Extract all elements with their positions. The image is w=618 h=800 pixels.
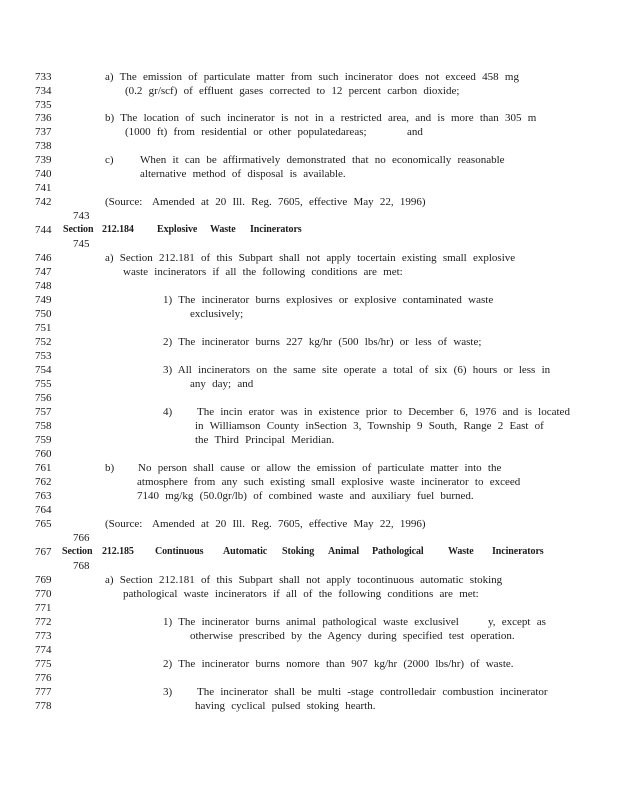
line-number: 773 [35, 629, 52, 643]
section-heading-word: Animal [328, 545, 359, 559]
section-heading-word: Stoking [282, 545, 314, 559]
line-number: 756 [35, 391, 52, 405]
section-heading-word: Explosive [157, 223, 197, 237]
line-number: 774 [35, 643, 52, 657]
section-heading-word: Section [62, 545, 92, 559]
line-number: 770 [35, 587, 52, 601]
document-line: 748 [0, 279, 618, 293]
document-line: 760 [0, 447, 618, 461]
line-number: 775 [35, 657, 52, 671]
document-line: 766 [0, 531, 618, 545]
document-line: 759the Third Principal Meridian. [0, 433, 618, 447]
line-number: 742 [35, 195, 52, 209]
line-number: 743 [73, 209, 90, 223]
text-segment: 3) All incinerators on the same site ope… [163, 363, 550, 377]
text-segment: a) Section 212.181 of this Subpart shall… [105, 251, 515, 265]
document-line: 764 [0, 503, 618, 517]
document-line: 739c)When it can be affirmatively demons… [0, 153, 618, 167]
line-number: 764 [35, 503, 52, 517]
document-line: 742(Source:Amended at 20 Ill. Reg. 7605,… [0, 195, 618, 209]
section-heading-word: Waste [448, 545, 474, 559]
document-line: 773otherwise prescribed by the Agency du… [0, 629, 618, 643]
line-number: 767 [35, 545, 52, 559]
text-segment: Amended at 20 Ill. Reg. 7605, effective … [152, 195, 426, 209]
text-segment: 3) [163, 685, 172, 699]
text-segment: No person shall cause or allow the emiss… [138, 461, 501, 475]
line-number: 758 [35, 419, 52, 433]
document-line: 768 [0, 559, 618, 573]
line-number: 757 [35, 405, 52, 419]
document-line: 762atmosphere from any such existing sma… [0, 475, 618, 489]
document-line: 740alternative method of disposal is ava… [0, 167, 618, 181]
line-number: 747 [35, 265, 52, 279]
text-segment: The incinerator shall be multi -stage co… [197, 685, 548, 699]
line-number: 772 [35, 615, 52, 629]
text-segment: b) The location of such incinerator is n… [105, 111, 536, 125]
text-segment: 2) The incinerator burns nomore than 907… [163, 657, 514, 671]
section-heading-word: Incinerators [250, 223, 302, 237]
text-segment: having cyclical pulsed stoking hearth. [195, 699, 375, 713]
line-number: 737 [35, 125, 52, 139]
document-line: 735 [0, 98, 618, 112]
document-line: 753 [0, 349, 618, 363]
line-number: 759 [35, 433, 52, 447]
document-line: 744Section212.184ExplosiveWasteIncinerat… [0, 223, 618, 237]
line-number: 753 [35, 349, 52, 363]
text-segment: 2) The incinerator burns 227 kg/hr (500 … [163, 335, 481, 349]
line-number: 751 [35, 321, 52, 335]
section-heading-word: 212.185 [102, 545, 134, 559]
text-segment: the Third Principal Meridian. [195, 433, 334, 447]
document-line: 746a) Section 212.181 of this Subpart sh… [0, 251, 618, 265]
line-number: 754 [35, 363, 52, 377]
text-segment: alternative method of disposal is availa… [140, 167, 346, 181]
document-line: 7752) The incinerator burns nomore than … [0, 657, 618, 671]
text-segment: y, except as [488, 615, 546, 629]
document-line: 755any day; and [0, 377, 618, 391]
line-number: 765 [35, 517, 52, 531]
line-number: 771 [35, 601, 52, 615]
line-number: 735 [35, 98, 52, 112]
document-line: 770pathological waste incinerators if al… [0, 587, 618, 601]
text-segment: Amended at 20 Ill. Reg. 7605, effective … [152, 517, 426, 531]
text-segment: 1) The incinerator burns animal patholog… [163, 615, 459, 629]
document-line: 737(1000 ft) from residential or other p… [0, 125, 618, 139]
line-number: 734 [35, 84, 52, 98]
text-segment: (0.2 gr/scf) of effluent gases corrected… [125, 84, 459, 98]
document-line: 734(0.2 gr/scf) of effluent gases correc… [0, 84, 618, 98]
line-number: 745 [73, 237, 90, 251]
document-page: 733a) The emission of particulate matter… [0, 0, 618, 800]
section-heading-word: Automatic [223, 545, 267, 559]
text-segment: atmosphere from any such existing small … [137, 475, 520, 489]
document-line: 7637140 mg/kg (50.0gr/lb) of combined wa… [0, 489, 618, 503]
section-heading-word: Continuous [155, 545, 203, 559]
line-number: 760 [35, 447, 52, 461]
line-number: 750 [35, 307, 52, 321]
line-number: 738 [35, 139, 52, 153]
line-number: 766 [73, 531, 90, 545]
section-heading-word: Section [63, 223, 93, 237]
document-line: 778having cyclical pulsed stoking hearth… [0, 699, 618, 713]
text-segment: in Williamson County inSection 3, Townsh… [195, 419, 544, 433]
document-line: 7574)The incin erator was in existence p… [0, 405, 618, 419]
line-number: 748 [35, 279, 52, 293]
document-line: 771 [0, 601, 618, 615]
text-segment: c) [105, 153, 114, 167]
line-number: 761 [35, 461, 52, 475]
document-line: 758in Williamson County inSection 3, Tow… [0, 419, 618, 433]
text-segment: waste incinerators if all the following … [123, 265, 403, 279]
document-line: 736b) The location of such incinerator i… [0, 111, 618, 125]
line-number: 746 [35, 251, 52, 265]
text-segment: a) The emission of particulate matter fr… [105, 70, 519, 84]
document-line: 750exclusively; [0, 307, 618, 321]
line-number: 740 [35, 167, 52, 181]
document-line: 774 [0, 643, 618, 657]
line-number: 777 [35, 685, 52, 699]
document-line: 745 [0, 237, 618, 251]
text-segment: 7140 mg/kg (50.0gr/lb) of combined waste… [137, 489, 474, 503]
text-segment: When it can be affirmatively demonstrate… [140, 153, 505, 167]
line-number: 741 [35, 181, 52, 195]
document-line: 765(Source:Amended at 20 Ill. Reg. 7605,… [0, 517, 618, 531]
line-number: 778 [35, 699, 52, 713]
text-segment: The incin erator was in existence prior … [197, 405, 570, 419]
document-line: 741 [0, 181, 618, 195]
line-number: 733 [35, 70, 52, 84]
document-line: 776 [0, 671, 618, 685]
line-number: 763 [35, 489, 52, 503]
line-number: 752 [35, 335, 52, 349]
document-line: 751 [0, 321, 618, 335]
line-number: 762 [35, 475, 52, 489]
document-line: 7543) All incinerators on the same site … [0, 363, 618, 377]
text-segment: a) Section 212.181 of this Subpart shall… [105, 573, 502, 587]
text-segment: (Source: [105, 517, 142, 531]
line-number: 776 [35, 671, 52, 685]
line-number: 769 [35, 573, 52, 587]
line-number: 755 [35, 377, 52, 391]
line-number: 744 [35, 223, 52, 237]
text-segment: b) [105, 461, 114, 475]
text-segment: any day; and [190, 377, 253, 391]
document-line: 7721) The incinerator burns animal patho… [0, 615, 618, 629]
document-line: 7773)The incinerator shall be multi -sta… [0, 685, 618, 699]
document-line: 769a) Section 212.181 of this Subpart sh… [0, 573, 618, 587]
document-line: 747waste incinerators if all the followi… [0, 265, 618, 279]
section-heading-word: Pathological [372, 545, 424, 559]
text-segment: (1000 ft) from residential or other popu… [125, 125, 367, 139]
text-segment: otherwise prescribed by the Agency durin… [190, 629, 515, 643]
text-segment: (Source: [105, 195, 142, 209]
section-heading-word: 212.184 [102, 223, 134, 237]
text-segment: and [407, 125, 423, 139]
line-number: 768 [73, 559, 90, 573]
document-line: 7522) The incinerator burns 227 kg/hr (5… [0, 335, 618, 349]
document-line: 738 [0, 139, 618, 153]
line-number: 739 [35, 153, 52, 167]
document-line: 743 [0, 209, 618, 223]
document-line: 7491) The incinerator burns explosives o… [0, 293, 618, 307]
text-segment: exclusively; [190, 307, 243, 321]
text-segment: pathological waste incinerators if all o… [123, 587, 479, 601]
document-line: 761b)No person shall cause or allow the … [0, 461, 618, 475]
section-heading-word: Incinerators [492, 545, 544, 559]
document-line: 733a) The emission of particulate matter… [0, 70, 618, 84]
document-line: 767Section212.185ContinuousAutomaticStok… [0, 545, 618, 559]
section-heading-word: Waste [210, 223, 236, 237]
text-segment: 1) The incinerator burns explosives or e… [163, 293, 493, 307]
line-number: 749 [35, 293, 52, 307]
document-line: 756 [0, 391, 618, 405]
text-segment: 4) [163, 405, 172, 419]
line-number: 736 [35, 111, 52, 125]
